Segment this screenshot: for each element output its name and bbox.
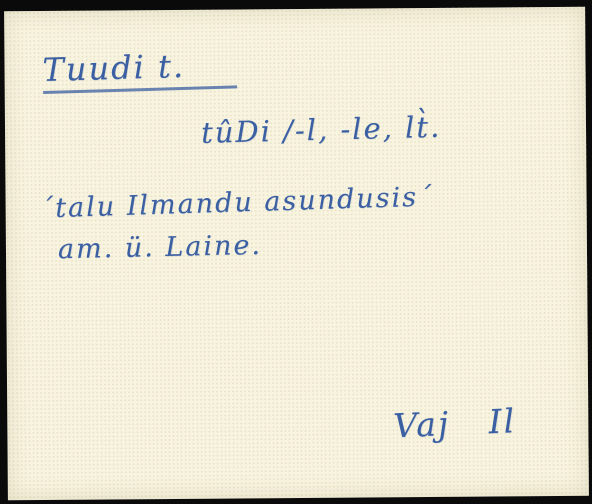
card-headword-text: Tuudi t. xyxy=(42,45,238,94)
scanner-background: { "window": { "width": 592, "height": 50… xyxy=(0,0,592,504)
index-card: Tuudi t. tûDi /-l, -le, lt̀. ´talu Ilman… xyxy=(4,7,589,501)
description-line-2: am. ü. Laine. xyxy=(58,230,263,265)
phonetic-line: tûDi /-l, -le, lt̀. xyxy=(201,110,442,150)
card-headword: Tuudi t. xyxy=(42,45,238,94)
description-line-1: ´talu Ilmandu asundusis´ xyxy=(39,181,434,224)
collector-signature: Vaj Il xyxy=(393,401,517,445)
